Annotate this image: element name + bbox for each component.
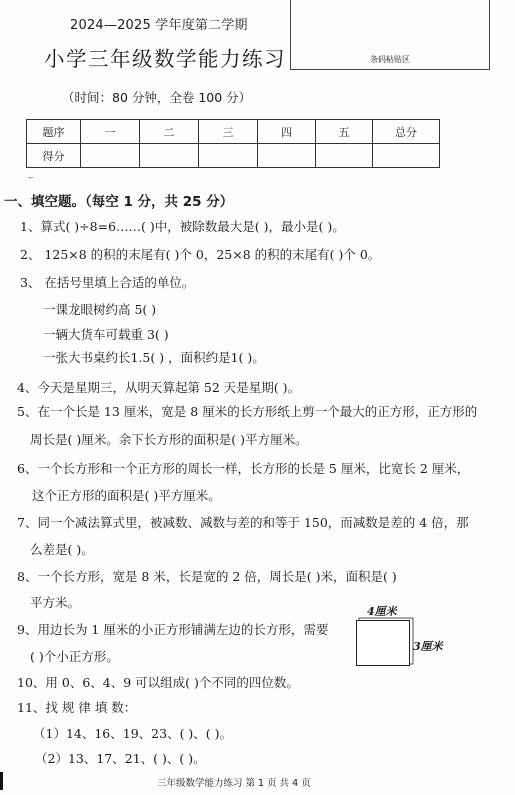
exam-subtitle: （时间：80 分钟，全卷 100 分） (62, 88, 251, 106)
question-11-part-2: （2）13、17、21、( )、( )。 (35, 749, 206, 767)
question-7-cont: 么差是( )。 (30, 540, 94, 558)
figure-width-label: 4厘米 (367, 603, 397, 619)
question-6-cont: 这个正方形的面积是( )平方厘米。 (32, 486, 221, 504)
column-header: 五 (316, 120, 373, 144)
barcode-label: 条码粘贴区 (291, 54, 489, 65)
question-3: 3、 在括号里填上合适的单位。 (20, 273, 194, 291)
row-header: 得分 (27, 144, 81, 168)
section-heading: 一、填空题。（每空 1 分，共 25 分） (4, 190, 233, 210)
score-cell[interactable] (140, 144, 199, 168)
figure-height-label: 3厘米 (413, 638, 443, 654)
question-5-cont: 周长是( )厘米。余下长方形的面积是( )平方厘米。 (30, 430, 307, 448)
question-9-cont: ( )个小正方形。 (30, 647, 119, 665)
question-4: 4、今天是星期三，从明天算起第 52 天是星期( )。 (17, 378, 300, 396)
score-cell[interactable] (81, 144, 140, 168)
question-2: 2、 125×8 的积的末尾有( )个 0，25×8 的积的末尾有( )个 0。 (20, 245, 380, 263)
score-cell[interactable] (316, 144, 373, 168)
page-edge-mark (0, 772, 3, 790)
question-3-item: 一课龙眼树约高 5( ) (43, 300, 156, 318)
column-header: 一 (81, 120, 140, 144)
page-footer: 三年级数学能力练习 第 1 页 共 4 页 (157, 775, 311, 789)
score-table-score-row: 得分 (27, 144, 440, 168)
question-3-item: 一辆大货车可载重 3( ) (43, 325, 169, 343)
column-header: 总分 (373, 120, 440, 144)
score-cell[interactable] (373, 144, 440, 168)
row-header: 题序 (27, 120, 81, 144)
question-1: 1、算式( )÷8=6……( )中，被除数最大是( )，最小是( )。 (20, 217, 345, 235)
question-5: 5、在一个长是 13 厘米，宽是 8 厘米的长方形纸上剪一个最大的正方形，正方形… (17, 402, 477, 420)
exam-title: 小学三年级数学能力练习 (44, 42, 286, 72)
score-cell[interactable] (199, 144, 258, 168)
question-8-cont: 平方米。 (30, 593, 80, 611)
paragraph-mark: ⌐ (28, 174, 34, 182)
column-header: 二 (140, 120, 199, 144)
score-cell[interactable] (258, 144, 316, 168)
question-3-item: 一张大书桌约长1.5( ) ，面积约是1( )。 (43, 348, 265, 366)
column-header: 四 (258, 120, 316, 144)
question-11-part-1: （1）14、16、19、23、( )、( )。 (33, 724, 232, 742)
score-table-header-row: 题序 一 二 三 四 五 总分 (27, 120, 440, 144)
question-6: 6、一个长方形和一个正方形的周长一样，长方形的长是 5 厘米，比宽长 2 厘米， (17, 459, 469, 477)
question-8: 8、一个长方形，宽是 8 米，长是宽的 2 倍，周长是( )米，面积是( ) (17, 567, 397, 585)
question-10: 10、用 0、6、4、9 可以组成( )个不同的四位数。 (17, 673, 299, 691)
score-table: 题序 一 二 三 四 五 总分 得分 (26, 119, 440, 168)
barcode-area: 条码粘贴区 (290, 0, 490, 70)
school-year: 2024—2025 学年度第二学期 (70, 14, 248, 33)
column-header: 三 (199, 120, 258, 144)
rectangle-figure (356, 620, 410, 666)
question-11: 11、找 规 律 填 数： (17, 698, 136, 716)
question-9: 9、用边长为 1 厘米的小正方形铺满左边的长方形，需要 (17, 620, 328, 638)
question-7: 7、同一个减法算式里，被减数、减数与差的和等于 150，而减数是差的 4 倍，那 (17, 513, 469, 531)
